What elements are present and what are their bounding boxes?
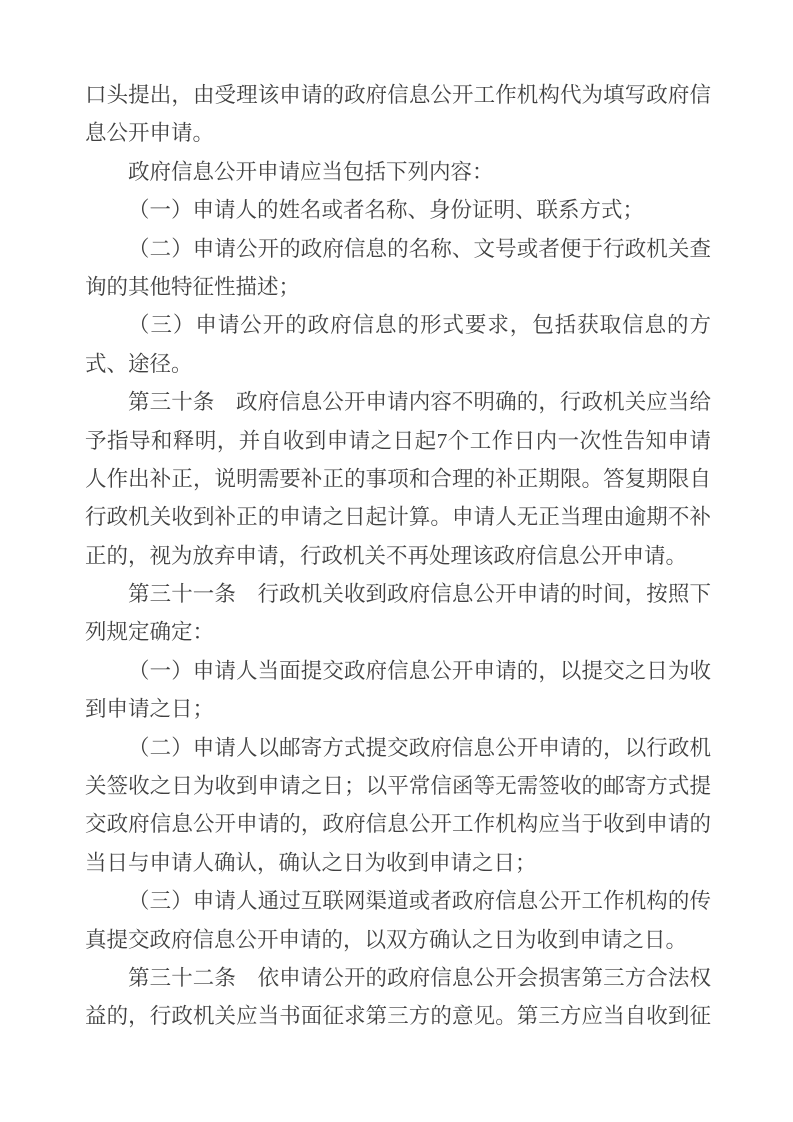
text-line: 询的其他特征性描述； [85,268,711,306]
text-line: 关签收之日为收到申请之日；以平常信函等无需签收的邮寄方式提 [85,767,711,805]
text-line: 人作出补正，说明需要补正的事项和合理的补正期限。答复期限自 [85,460,711,498]
text-line: 口头提出，由受理该申请的政府信息公开工作机构代为填写政府信 [85,76,711,114]
text-line: 第三十二条 依申请公开的政府信息公开会损害第三方合法权 [85,959,711,997]
text-line: （二）申请人以邮寄方式提交政府信息公开申请的，以行政机 [85,729,711,767]
text-line: 政府信息公开申请应当包括下列内容： [85,153,711,191]
text-line: 式、途径。 [85,345,711,383]
text-line: 行政机关收到补正的申请之日起计算。申请人无正当理由逾期不补 [85,498,711,536]
text-line: 当日与申请人确认，确认之日为收到申请之日； [85,844,711,882]
text-line: （三）申请公开的政府信息的形式要求，包括获取信息的方 [85,306,711,344]
document-page: 口头提出，由受理该申请的政府信息公开工作机构代为填写政府信 息公开申请。 政府信… [0,0,793,1122]
text-line: 第三十条 政府信息公开申请内容不明确的，行政机关应当给 [85,383,711,421]
text-line: 第三十一条 行政机关收到政府信息公开申请的时间，按照下 [85,575,711,613]
text-line: 予指导和释明，并自收到申请之日起7个工作日内一次性告知申请 [85,422,711,460]
text-line: 列规定确定： [85,613,711,651]
text-line: 益的，行政机关应当书面征求第三方的意见。第三方应当自收到征 [85,997,711,1035]
text-line: （三）申请人通过互联网渠道或者政府信息公开工作机构的传 [85,882,711,920]
text-line: （二）申请公开的政府信息的名称、文号或者便于行政机关查 [85,230,711,268]
text-line: （一）申请人的姓名或者名称、身份证明、联系方式； [85,191,711,229]
text-line: 真提交政府信息公开申请的，以双方确认之日为收到申请之日。 [85,921,711,959]
document-text-block: 口头提出，由受理该申请的政府信息公开工作机构代为填写政府信 息公开申请。 政府信… [85,76,711,1036]
text-line: 到申请之日； [85,690,711,728]
text-line: 交政府信息公开申请的，政府信息公开工作机构应当于收到申请的 [85,805,711,843]
text-line: 息公开申请。 [85,114,711,152]
text-line: 正的，视为放弃申请，行政机关不再处理该政府信息公开申请。 [85,537,711,575]
text-line: （一）申请人当面提交政府信息公开申请的，以提交之日为收 [85,652,711,690]
